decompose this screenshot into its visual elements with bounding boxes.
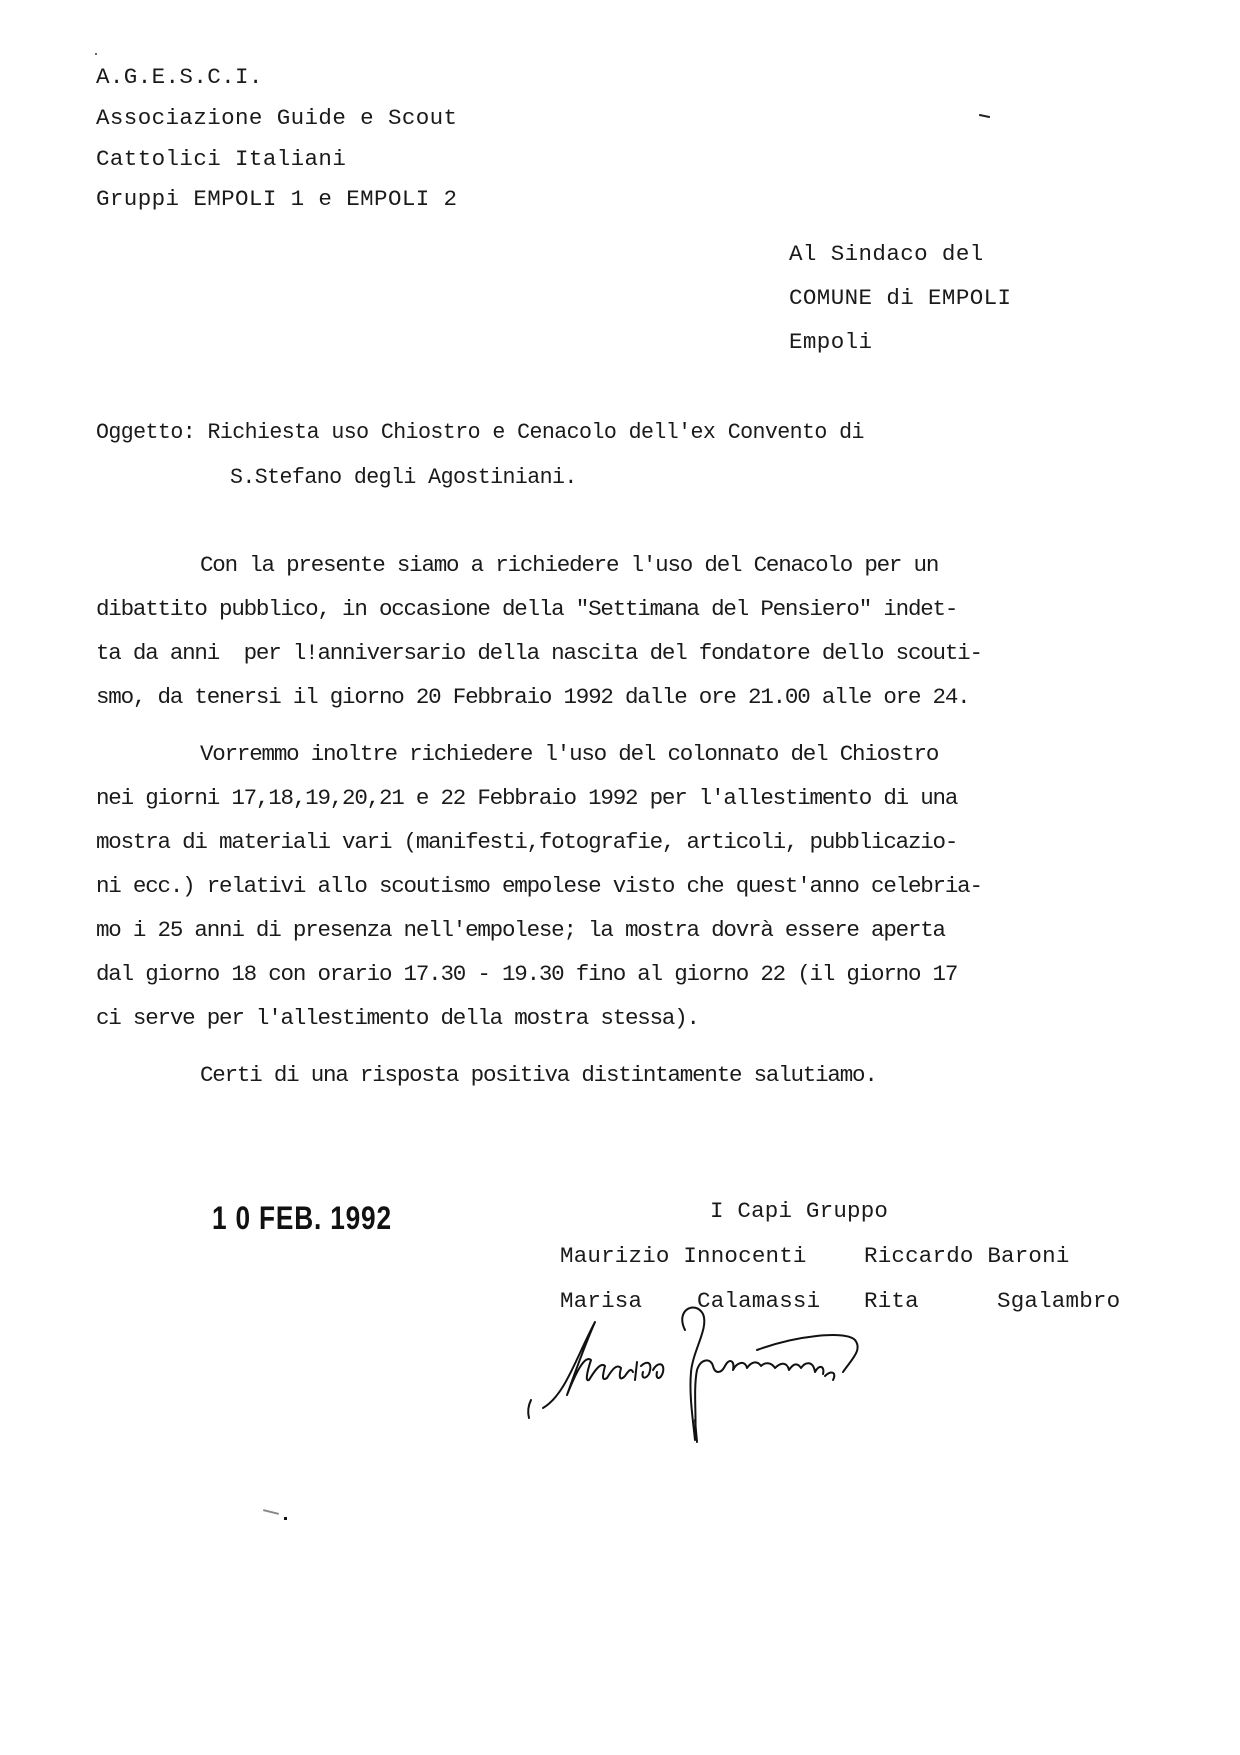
body-line: dibattito pubblico, in occasione della "… [96, 598, 957, 621]
signer-name: Maurizio Innocenti [560, 1245, 807, 1268]
recipient-line: Al Sindaco del [789, 243, 984, 266]
signer-name: Riccardo Baroni [864, 1245, 1070, 1268]
subject-line: S.Stefano degli Agostiniani. [230, 466, 577, 489]
body-line: smo, da tenersi il giorno 20 Febbraio 19… [96, 686, 969, 709]
recipient-line: Empoli [789, 331, 872, 354]
scan-speck [284, 1517, 287, 1520]
body-line: ni ecc.) relativi allo scoutismo empoles… [96, 875, 982, 898]
sender-line: Gruppi EMPOLI 1 e EMPOLI 2 [96, 188, 457, 211]
sender-line: Cattolici Italiani [96, 148, 346, 171]
signer-name: Sgalambro [997, 1290, 1120, 1313]
body-line: ci serve per l'allestimento della mostra… [96, 1007, 699, 1030]
body-line: mo i 25 anni di presenza nell'empolese; … [96, 919, 945, 942]
scan-mark [979, 114, 990, 118]
date-stamp: 1 0 FEB. 1992 [212, 1200, 392, 1237]
body-line: Vorremmo inoltre richiedere l'uso del co… [200, 743, 938, 766]
recipient-line: COMUNE di EMPOLI [789, 287, 1011, 310]
signers-title: I Capi Gruppo [710, 1200, 888, 1223]
closing-line: Certi di una risposta positiva distintam… [200, 1064, 877, 1087]
scan-speck [95, 53, 97, 55]
body-line: dal giorno 18 con orario 17.30 - 19.30 f… [96, 963, 957, 986]
handwritten-signature [525, 1300, 905, 1450]
scan-speck [263, 1509, 279, 1515]
body-line: nei giorni 17,18,19,20,21 e 22 Febbraio … [96, 787, 957, 810]
letter-page: A.G.E.S.C.I. Associazione Guide e Scout … [0, 0, 1240, 1755]
subject-line: Oggetto: Richiesta uso Chiostro e Cenaco… [96, 421, 864, 444]
body-line: Con la presente siamo a richiedere l'uso… [200, 554, 938, 577]
body-line: ta da anni per l!anniversario della nasc… [96, 642, 982, 665]
sender-line: Associazione Guide e Scout [96, 107, 457, 130]
body-line: mostra di materiali vari (manifesti,foto… [96, 831, 957, 854]
sender-line: A.G.E.S.C.I. [96, 66, 263, 89]
